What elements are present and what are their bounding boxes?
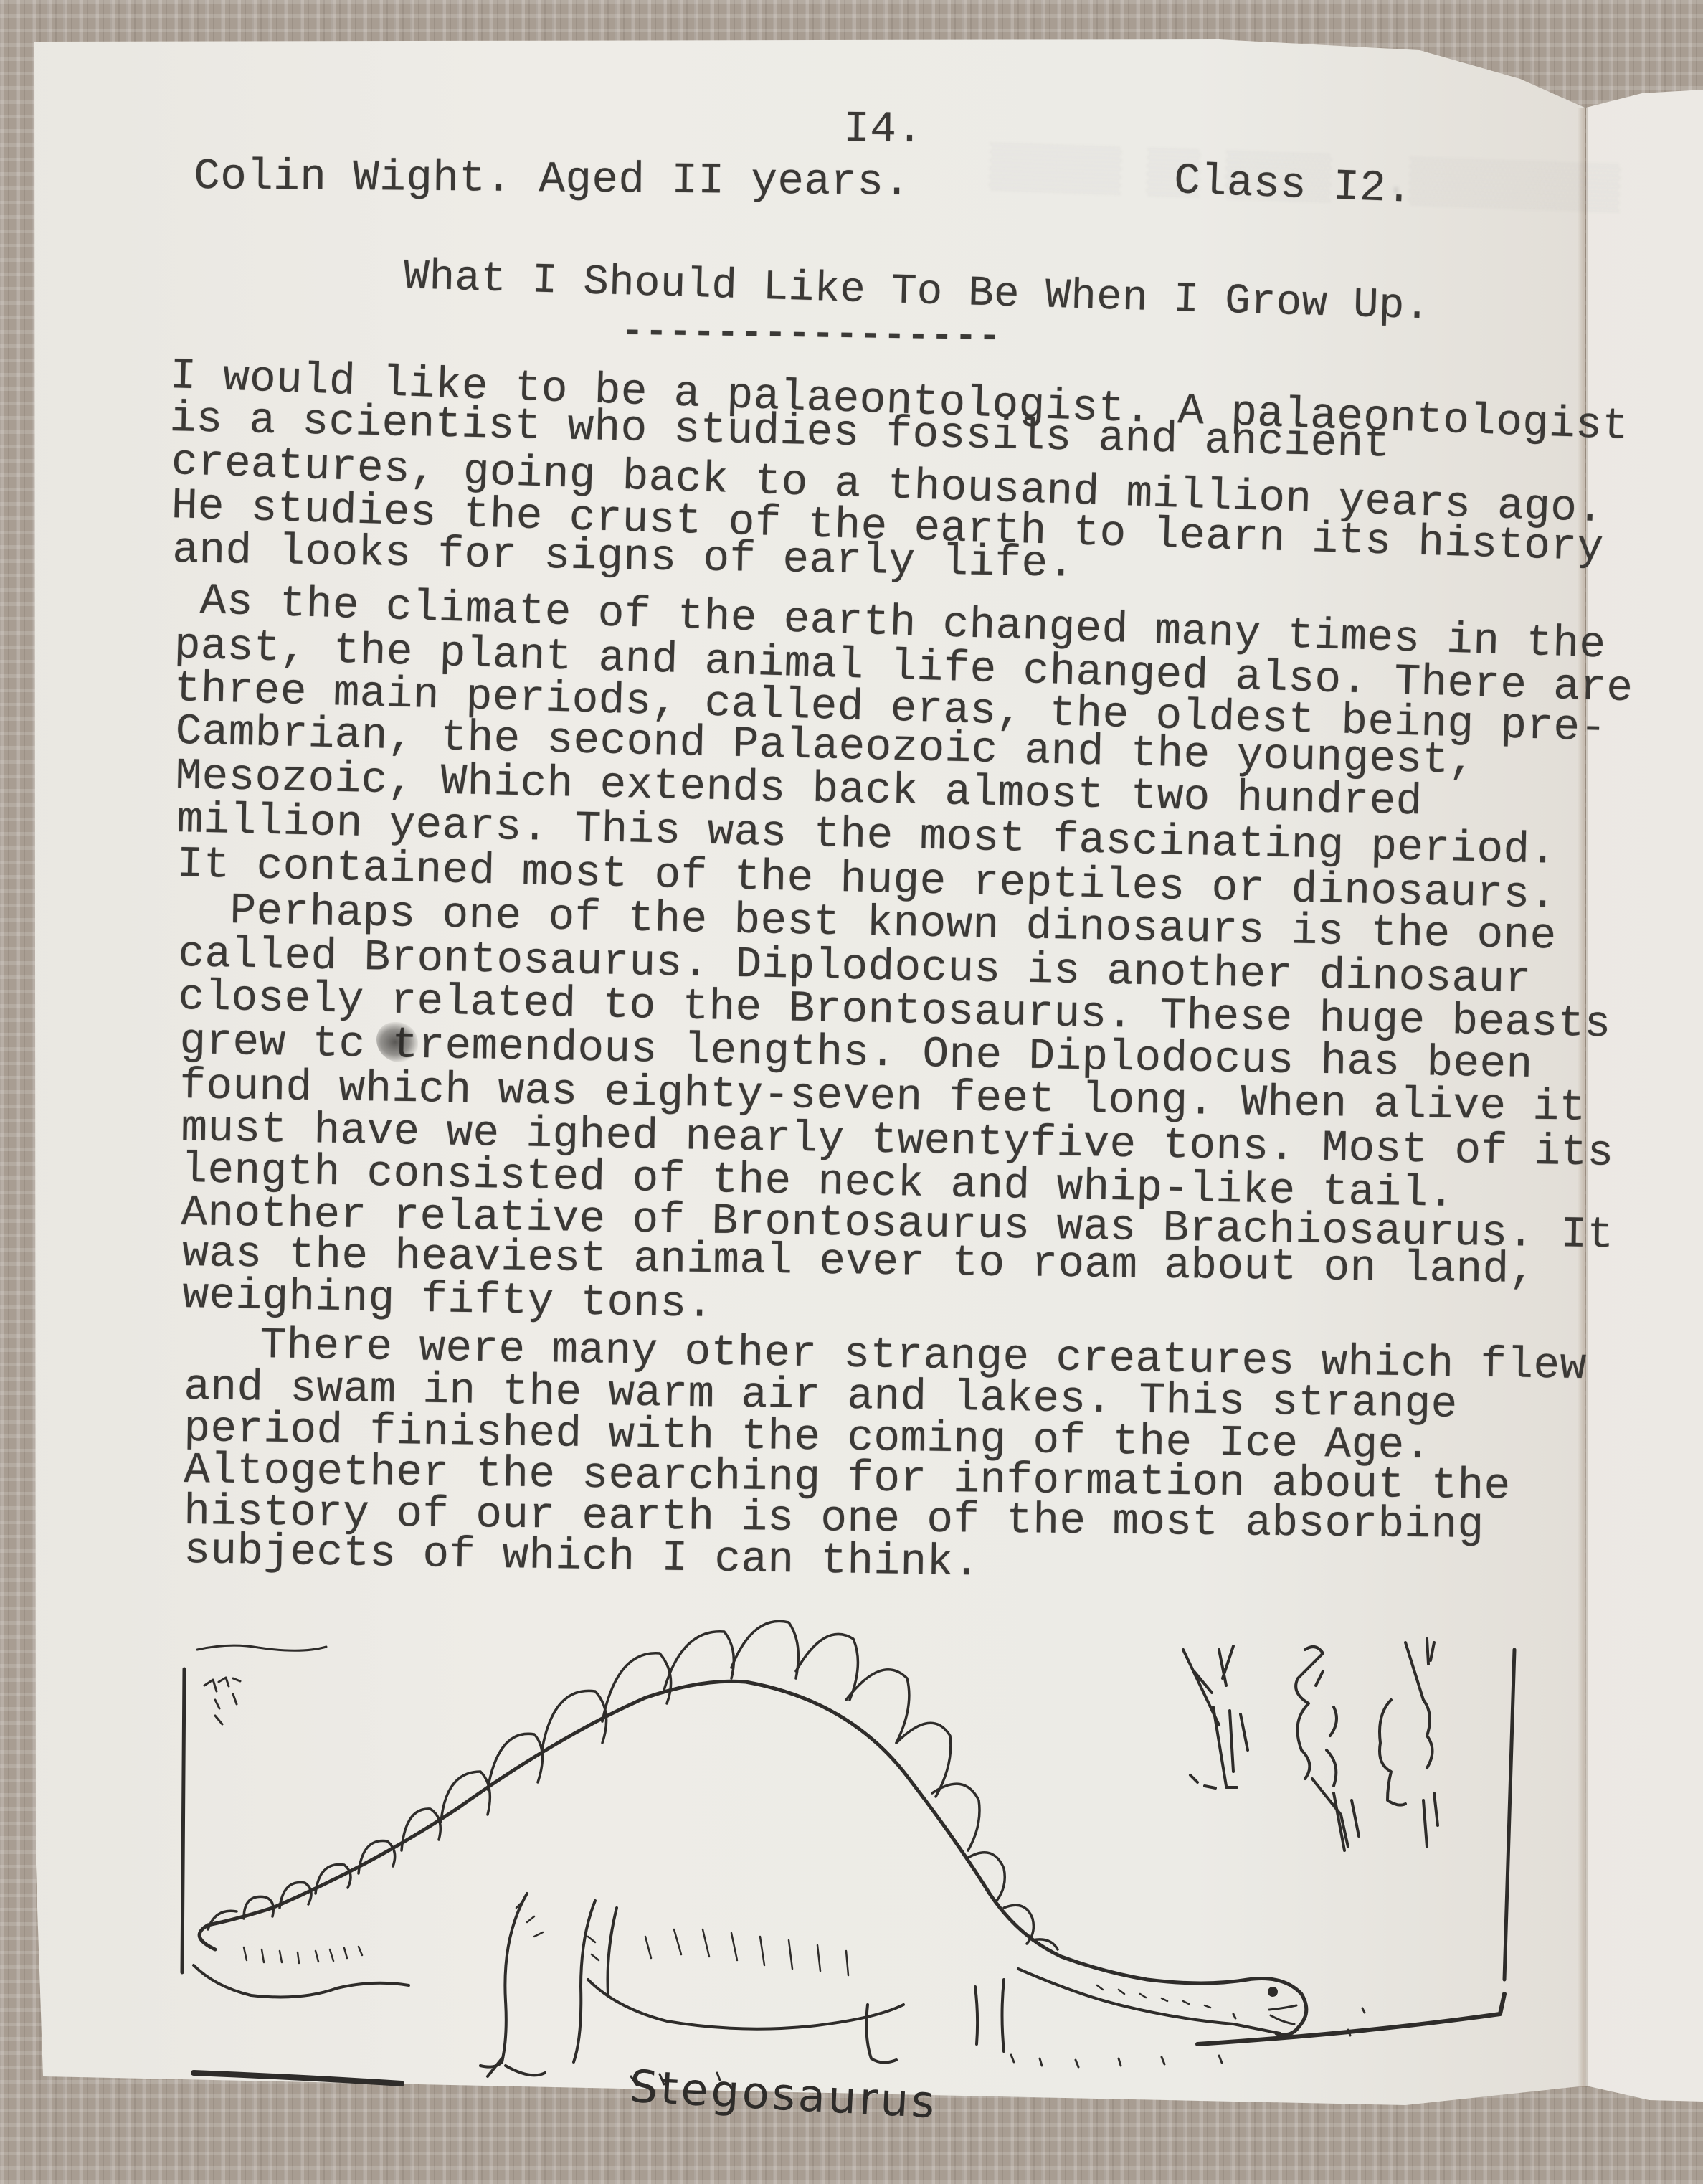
plant-cluster-right	[1183, 1639, 1438, 1850]
dinosaur-belly	[588, 1980, 903, 2029]
frame-bottom-left-line	[194, 2073, 402, 2084]
dinosaur-skin-texture	[244, 1901, 1210, 2008]
dinosaur-back-outline	[199, 1681, 1306, 2035]
dinosaur-eye	[1268, 1987, 1278, 1997]
dinosaur-mouth	[1269, 2005, 1296, 2024]
frame-bottom-right-line	[1197, 1994, 1504, 2044]
dinosaur-legs	[480, 1894, 1004, 2076]
frame-right-line	[1504, 1650, 1514, 1980]
stegosaurus-drawing	[0, 0, 1703, 2184]
dinosaur-plates	[208, 1621, 1058, 1949]
dinosaur-tail-underside	[194, 1965, 409, 1997]
plant-sketch-left	[204, 1678, 240, 1724]
frame-left-line	[182, 1669, 184, 1972]
horizon-squiggle	[197, 1645, 326, 1650]
